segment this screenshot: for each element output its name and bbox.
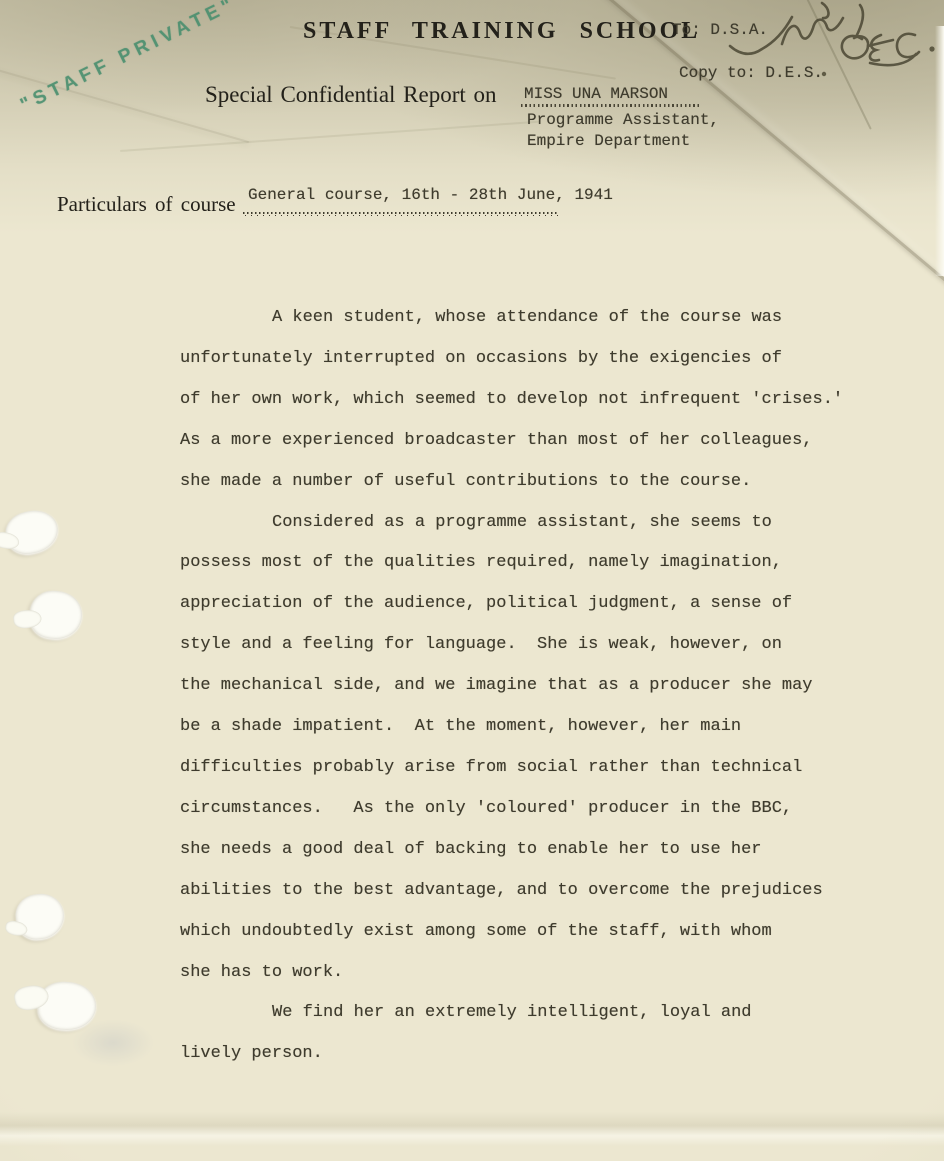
body-line: she needs a good deal of backing to enab… — [180, 830, 880, 871]
punched-hole — [36, 980, 97, 1032]
body-line: she has to work. — [180, 953, 880, 994]
paper-crease — [120, 121, 539, 152]
subject-name: MISS UNA MARSON — [524, 85, 668, 103]
dotted-underline — [243, 212, 558, 216]
ink-dot — [929, 46, 934, 51]
scanned-report-document: { "document": { "stamp_text": "\"STAFF P… — [0, 0, 944, 1161]
body-line: appreciation of the audience, political … — [180, 584, 880, 625]
document-title: STAFF TRAINING SCHOOL — [303, 18, 700, 45]
report-body: A keen student, whose attendance of the … — [180, 298, 880, 1075]
particulars-label: Particulars of course — [57, 192, 236, 217]
handwritten-mark — [822, 3, 829, 18]
subject-role: Programme Assistant, — [527, 111, 719, 129]
subject-department: Empire Department — [527, 132, 690, 150]
handwritten-letter-d — [842, 36, 868, 58]
handwritten-initials — [782, 18, 843, 44]
body-line: style and a feeling for language. She is… — [180, 625, 880, 666]
body-line: the mechanical side, and we imagine that… — [180, 666, 880, 707]
handwritten-annotations — [710, 0, 944, 170]
dotted-underline — [521, 104, 699, 107]
body-line: circumstances. As the only 'coloured' pr… — [180, 789, 880, 830]
body-line: We find her an extremely intelligent, lo… — [180, 993, 880, 1034]
body-line: of her own work, which seemed to develop… — [180, 380, 880, 421]
handwritten-letter-e — [870, 35, 881, 61]
handwritten-tick — [730, 17, 792, 54]
punched-hole — [2, 506, 62, 558]
body-line: she made a number of useful contribution… — [180, 462, 880, 503]
ink-dot — [822, 72, 826, 76]
report-heading: Special Confidential Report on — [205, 82, 497, 108]
body-line: abilities to the best advantage, and to … — [180, 871, 880, 912]
body-line: lively person. — [180, 1034, 880, 1075]
body-line: difficulties probably arise from social … — [180, 748, 880, 789]
paper-fold-bottom — [0, 1112, 944, 1146]
body-line: which undoubtedly exist among some of th… — [180, 912, 880, 953]
punched-hole — [13, 891, 67, 942]
punched-hole — [28, 588, 85, 641]
body-line: Considered as a programme assistant, she… — [180, 503, 880, 544]
body-line: be a shade impatient. At the moment, how… — [180, 707, 880, 748]
particulars-value: General course, 16th - 28th June, 1941 — [248, 186, 613, 204]
body-line: A keen student, whose attendance of the … — [180, 298, 880, 339]
handwritten-letter-d-ascender — [856, 5, 863, 37]
body-line: As a more experienced broadcaster than m… — [180, 421, 880, 462]
body-line: unfortunately interrupted on occasions b… — [180, 339, 880, 380]
body-line: possess most of the qualities required, … — [180, 543, 880, 584]
